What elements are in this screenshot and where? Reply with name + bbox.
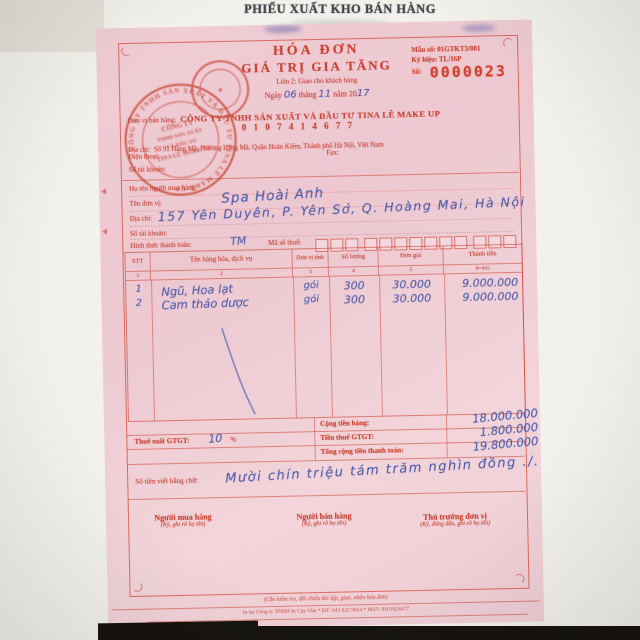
ink-smudge <box>264 25 302 33</box>
vat-rate-label: Thuế suất GTGT: <box>134 437 189 446</box>
subtotal-label: Cộng tiền hàng: <box>320 419 369 428</box>
date-year-handwritten: 17 <box>357 88 370 99</box>
paper-edge-mark <box>102 228 107 234</box>
amount-words-label: Số tiền viết bằng chữ: <box>135 477 198 486</box>
paper-edge-mark <box>101 188 106 194</box>
buyer-tax-label: Mã số thuế: <box>268 238 301 247</box>
form-label: Mẫu số: <box>411 46 435 55</box>
payment-method-label: Hình thức thanh toán: <box>130 241 191 250</box>
date-label-thang: tháng <box>299 90 317 99</box>
form-value: 01GTKT3/001 <box>437 45 480 54</box>
pen-stroke <box>125 245 524 421</box>
stamp-ring-text: CÔNG TY TNHH SẢN XUẤT VÀ ĐẦU TƯ TINA LÊ … <box>117 76 243 202</box>
invoice-photo: PHIẾU XUẤT KHO BÁN HÀNG CÔNG <box>0 0 640 640</box>
invoice-number-value: 0000023 <box>430 62 508 82</box>
signature-buyer: Người mua hàng (Ký, ghi rõ họ tên) <box>120 512 246 530</box>
signature-seller: Người bán hàng (Ký, ghi rõ họ tên) <box>261 511 387 529</box>
date-label-ngay: Ngày <box>265 91 283 100</box>
background-sheet-edge <box>0 0 104 52</box>
invoice-number-label: Số: <box>412 68 422 76</box>
buyer-account-label: Số tài khoản: <box>130 229 167 238</box>
vat-label: Tiền thuế GTGT: <box>320 433 374 442</box>
vat-rate-unit: % <box>230 436 236 444</box>
items-table: STT Tên hàng hóa, dịch vụ Đơn vị tính Số… <box>124 244 525 422</box>
date-label-nam: năm 20 <box>333 89 357 98</box>
stamp-small-mark: ✶ <box>217 87 223 95</box>
seller-fax-label: Fax: <box>326 149 339 157</box>
signature-director: Thủ trưởng đơn vị (Ký, đóng dấu, ghi rõ … <box>388 511 522 529</box>
background-sheet-title: PHIẾU XUẤT KHO BÁN HÀNG <box>180 2 500 17</box>
ink-smudge <box>462 24 496 32</box>
pink-invoice-sheet: CÔNG TY TNHH SẢN XUẤT VÀ ĐẦU TƯ TINA LÊ … <box>96 20 545 631</box>
svg-text:CÔNG TY TNHH SẢN XUẤT VÀ ĐẦU T: CÔNG TY TNHH SẢN XUẤT VÀ ĐẦU TƯ TINA LÊ … <box>117 76 243 202</box>
date-month-handwritten: 11 <box>318 89 331 100</box>
vat-rate-handwritten: 10 <box>208 432 223 446</box>
payment-method-handwritten: TM <box>230 234 247 248</box>
date-day-handwritten: 06 <box>284 89 297 100</box>
